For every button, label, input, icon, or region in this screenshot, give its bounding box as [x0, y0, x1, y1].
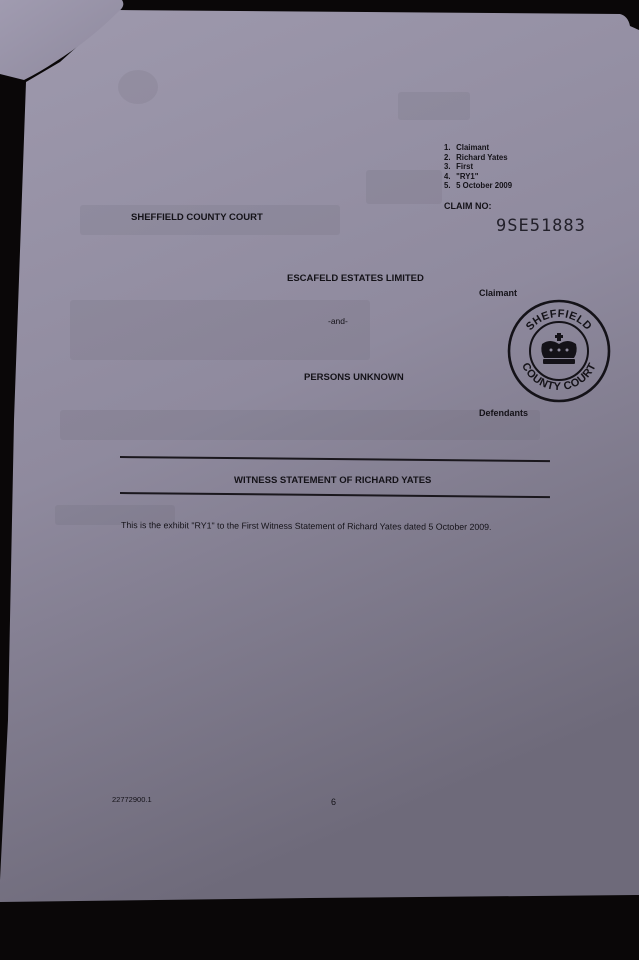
exhibit-statement: This is the exhibit "RY1" to the First W… — [121, 520, 492, 532]
claim-number: 9SE51883 — [496, 216, 586, 236]
svg-text:SHEFFIELD: SHEFFIELD — [524, 308, 594, 333]
claimant-role: Claimant — [479, 288, 517, 298]
claimant-name: ESCAFELD ESTATES LIMITED — [287, 273, 424, 284]
show-through-smudge — [398, 92, 470, 120]
document-reference: 22772900.1 — [112, 795, 152, 804]
document-title: WITNESS STATEMENT OF RICHARD YATES — [234, 475, 431, 486]
defendant-role: Defendants — [479, 408, 528, 418]
svg-text:COUNTY COURT: COUNTY COURT — [519, 361, 599, 393]
crown-icon — [541, 333, 576, 364]
exhibit-label-item: 4. "RY1" — [444, 172, 512, 182]
claim-number-label: CLAIM NO: — [444, 201, 492, 211]
exhibit-label-item: 5. 5 October 2009 — [444, 181, 512, 191]
photographed-document: 1. Claimant 2. Richard Yates 3. First 4.… — [0, 0, 639, 960]
court-header: SHEFFIELD COUNTY COURT — [131, 212, 263, 223]
exhibit-label-list: 1. Claimant 2. Richard Yates 3. First 4.… — [444, 143, 512, 191]
exhibit-label-item: 3. First — [444, 162, 512, 172]
show-through-smudge — [366, 170, 442, 204]
page-number: 6 — [331, 797, 336, 807]
and-separator: -and- — [328, 316, 348, 326]
exhibit-label-item: 1. Claimant — [444, 143, 512, 153]
show-through-smudge — [70, 300, 370, 360]
show-through-smudge — [60, 410, 540, 440]
defendant-name: PERSONS UNKNOWN — [304, 372, 404, 383]
court-seal-stamp: SHEFFIELD COUNTY COURT — [506, 298, 612, 404]
exhibit-label-item: 2. Richard Yates — [444, 153, 512, 163]
show-through-smudge — [118, 70, 158, 104]
